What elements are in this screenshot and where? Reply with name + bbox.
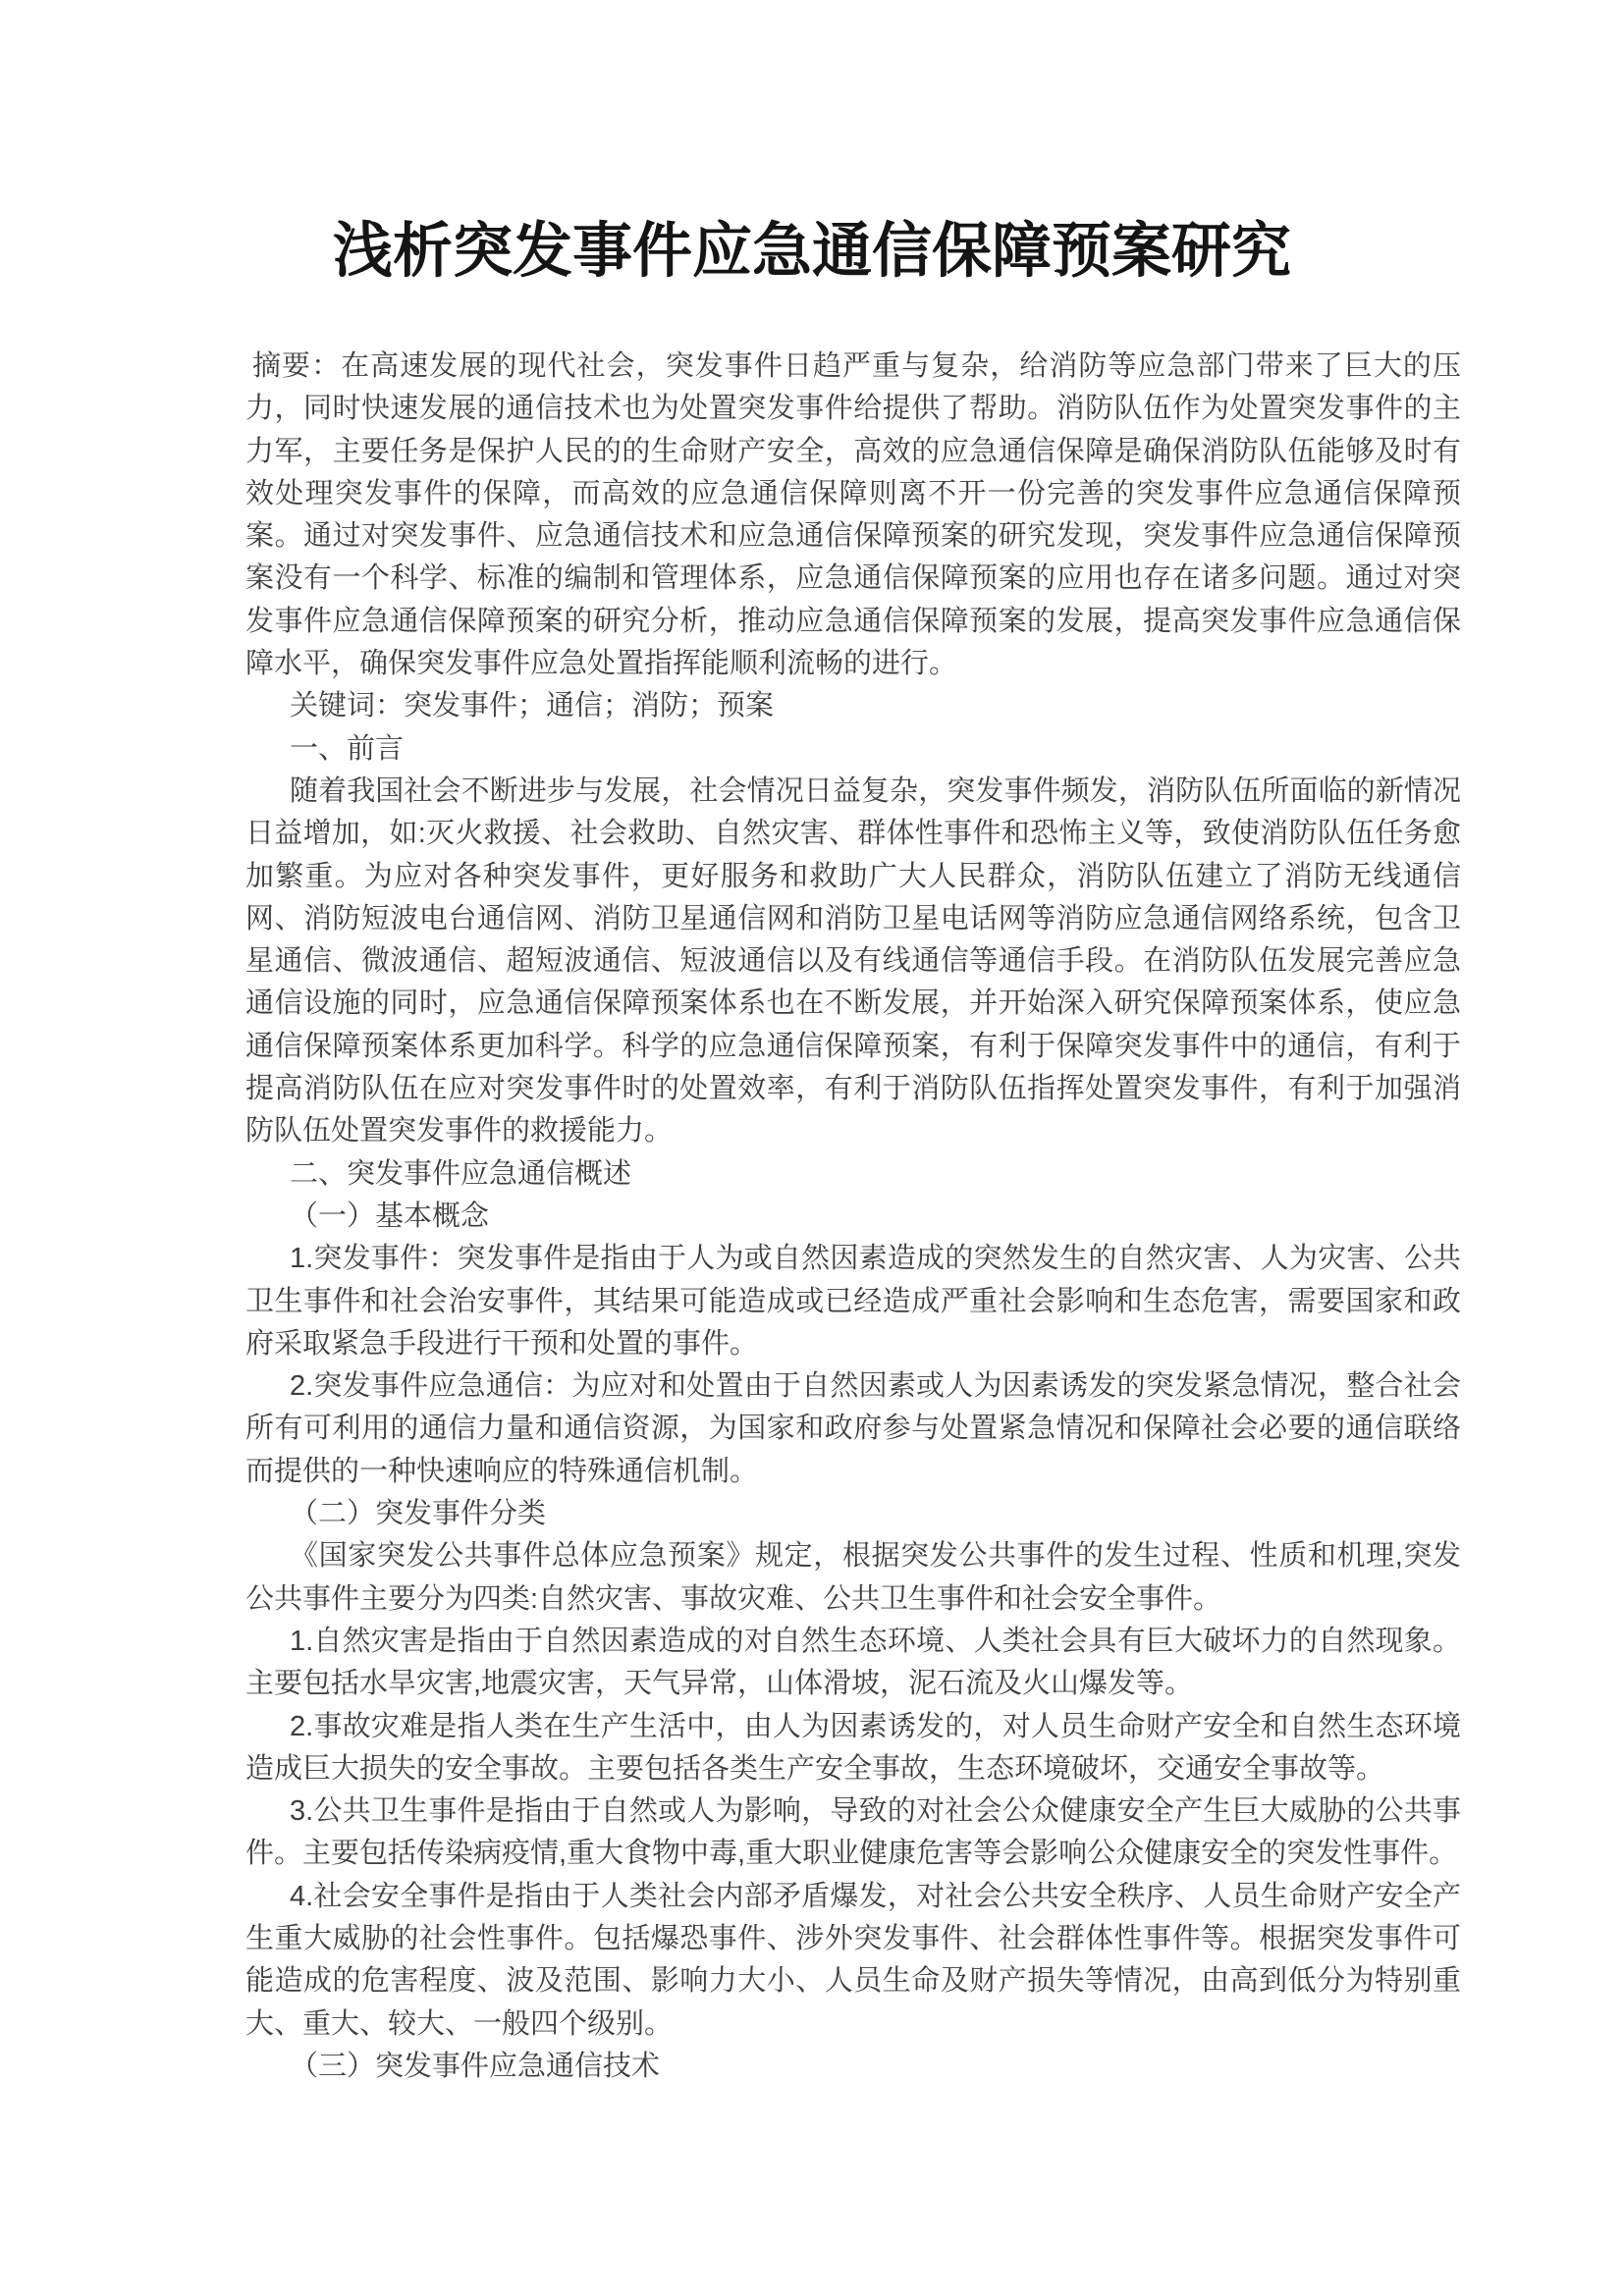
paragraph: 1.突发事件：突发事件是指由于人为或自然因素造成的突然发生的自然灾害、人为灾害、… bbox=[245, 1238, 1461, 1365]
section-heading: 一、前言 bbox=[245, 728, 1461, 771]
paragraph: 2.事故灾难是指人类在生产生活中，由人为因素诱发的，对人员生命财产安全和自然生态… bbox=[245, 1706, 1461, 1791]
paragraph: 2.突发事件应急通信：为应对和处置由于自然因素或人为因素诱发的突发紧急情况，整合… bbox=[245, 1365, 1461, 1493]
paragraph-list: 摘要：在高速发展的现代社会，突发事件日趋严重与复杂，给消防等应急部门带来了巨大的… bbox=[0, 346, 1624, 2088]
paragraph: 1.自然灾害是指由于自然因素造成的对自然生态环境、人类社会具有巨大破坏力的自然现… bbox=[245, 1621, 1461, 1706]
paragraph: 随着我国社会不断进步与发展，社会情况日益复杂，突发事件频发，消防队伍所面临的新情… bbox=[245, 771, 1461, 1153]
section-heading: 二、突发事件应急通信概述 bbox=[245, 1153, 1461, 1196]
section-heading: （三）突发事件应急通信技术 bbox=[245, 2046, 1461, 2088]
section-heading: （二）突发事件分类 bbox=[245, 1493, 1461, 1535]
section-heading: （一）基本概念 bbox=[245, 1196, 1461, 1238]
paragraph: 《国家突发公共事件总体应急预案》规定，根据突发公共事件的发生过程、性质和机理,突… bbox=[245, 1535, 1461, 1621]
document-title: 浅析突发事件应急通信保障预案研究 bbox=[0, 218, 1624, 283]
paragraph: 关键词：突发事件；通信；消防；预案 bbox=[245, 685, 1461, 727]
paragraph: 3.公共卫生事件是指由于自然或人为影响，导致的对社会公众健康安全产生巨大威胁的公… bbox=[245, 1790, 1461, 1876]
document-page: 浅析突发事件应急通信保障预案研究 摘要：在高速发展的现代社会，突发事件日趋严重与… bbox=[0, 0, 1624, 2296]
paragraph: 摘要：在高速发展的现代社会，突发事件日趋严重与复杂，给消防等应急部门带来了巨大的… bbox=[245, 346, 1461, 685]
paragraph: 4.社会安全事件是指由于人类社会内部矛盾爆发，对社会公共安全秩序、人员生命财产安… bbox=[245, 1876, 1461, 2046]
